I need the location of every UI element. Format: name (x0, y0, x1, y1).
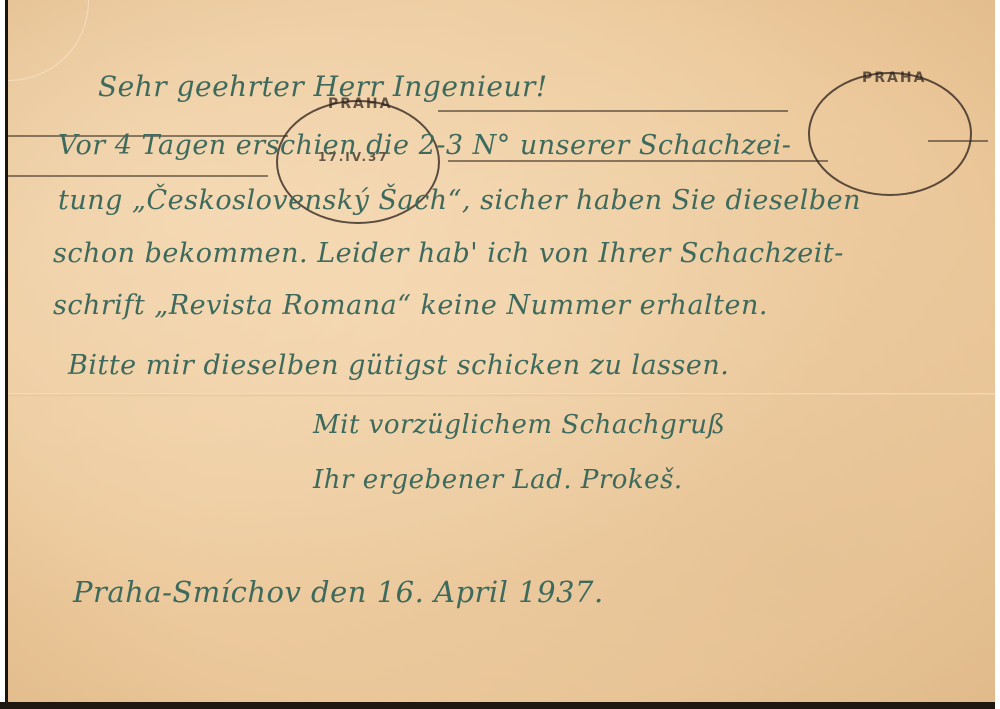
place-date: Praha-Smíchov den 16. April 1937. (73, 575, 604, 609)
scan-edge (0, 702, 1000, 709)
postmark-right: PRAHA (808, 72, 972, 196)
cancel-line (8, 175, 268, 177)
paper-fold (8, 393, 998, 397)
scan-margin (995, 0, 1000, 709)
closing: Mit vorzüglichem Schachgruß (313, 410, 725, 440)
body-line: Vor 4 Tagen erschien die 2-3 N° unserer … (58, 130, 791, 161)
body-line: tung „Československý Šach“, sicher haben… (58, 185, 861, 216)
paper-crease (8, 0, 89, 81)
body-line: schon bekommen. Leider hab' ich von Ihre… (53, 238, 844, 269)
postcard: PRAHA 17.IV.37 PRAHA Sehr geehrter Herr … (5, 0, 995, 702)
salutation: Sehr geehrter Herr Ingenieur! (98, 70, 548, 103)
signature: Ihr ergebener Lad. Prokeš. (313, 465, 683, 495)
body-line: schrift „Revista Romana“ keine Nummer er… (53, 290, 768, 321)
cancel-line (438, 110, 788, 112)
body-line: Bitte mir dieselben gütigst schicken zu … (68, 350, 729, 381)
postmark-city: PRAHA (862, 70, 926, 86)
